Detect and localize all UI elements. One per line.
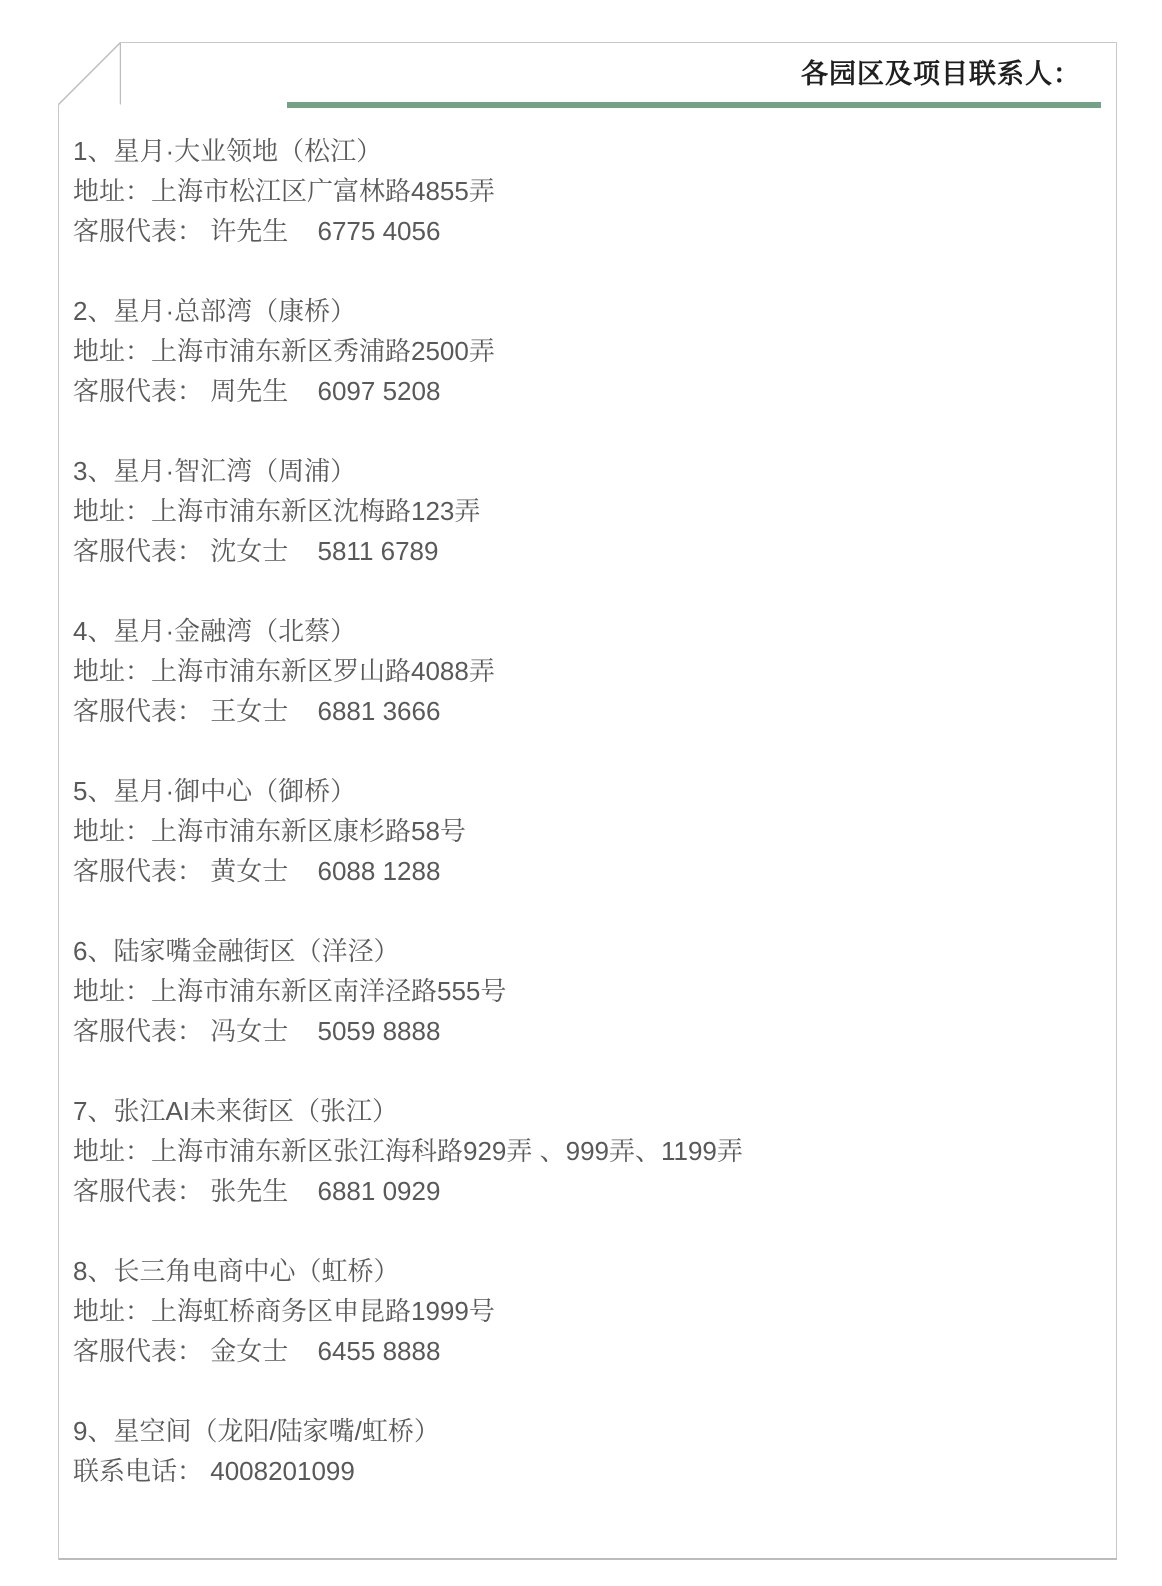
contact-phone: 6881 3666: [318, 696, 441, 726]
page-border-bottom: [58, 1558, 1117, 1560]
page-border-top: [120, 42, 1117, 43]
contact-name: 黄女士: [210, 856, 288, 886]
contact-label: 客服代表：: [73, 1016, 203, 1046]
contact-entry: 1、星月·大业领地（松江） 地址：上海市松江区广富林路4855弄 客服代表： 许…: [73, 131, 1102, 251]
entry-title: 5、星月·御中心（御桥）: [73, 771, 1102, 811]
contact-phone: 5811 6789: [318, 536, 439, 566]
contact-entry: 9、星空间（龙阳/陆家嘴/虹桥） 联系电话： 4008201099: [73, 1411, 1102, 1491]
entry-address: 地址：上海市浦东新区南洋泾路555号: [73, 971, 1102, 1011]
contact-name: 沈女士: [210, 536, 288, 566]
page-border-right: [1116, 42, 1117, 1560]
entry-contact-line: 客服代表： 许先生 6775 4056: [73, 211, 1102, 251]
entry-title: 4、星月·金融湾（北蔡）: [73, 611, 1102, 651]
entry-title: 7、张江AI未来街区（张江）: [73, 1091, 1102, 1131]
entry-contact-line: 客服代表： 张先生 6881 0929: [73, 1171, 1102, 1211]
entry-title: 9、星空间（龙阳/陆家嘴/虹桥）: [73, 1411, 1102, 1451]
contact-label: 客服代表：: [73, 696, 203, 726]
contact-phone: 4008201099: [210, 1456, 355, 1486]
contact-name: 许先生: [210, 216, 288, 246]
contact-name: 张先生: [210, 1176, 288, 1206]
contact-name: 冯女士: [210, 1016, 288, 1046]
contact-entry: 6、陆家嘴金融街区（洋泾） 地址：上海市浦东新区南洋泾路555号 客服代表： 冯…: [73, 931, 1102, 1051]
contact-phone: 6088 1288: [318, 856, 441, 886]
contact-phone: 6097 5208: [318, 376, 441, 406]
entry-address: 地址：上海市松江区广富林路4855弄: [73, 171, 1102, 211]
entry-contact-line: 客服代表： 金女士 6455 8888: [73, 1331, 1102, 1371]
page-fold-corner-icon: [58, 42, 121, 105]
contact-phone: 6775 4056: [318, 216, 441, 246]
entry-address: 地址：上海市浦东新区张江海科路929弄 、999弄、1199弄: [73, 1131, 1102, 1171]
contact-phone: 6455 8888: [318, 1336, 441, 1366]
contact-entry: 7、张江AI未来街区（张江） 地址：上海市浦东新区张江海科路929弄 、999弄…: [73, 1091, 1102, 1211]
contact-label: 客服代表：: [73, 536, 203, 566]
contact-name: 王女士: [210, 696, 288, 726]
header-underline: [287, 102, 1101, 108]
contact-label: 客服代表：: [73, 376, 203, 406]
contact-label: 联系电话：: [73, 1456, 203, 1486]
contact-sheet-page: 各园区及项目联系人： 1、星月·大业领地（松江） 地址：上海市松江区广富林路48…: [58, 42, 1117, 1560]
page-border-left: [58, 104, 59, 1560]
contact-entry: 3、星月·智汇湾（周浦） 地址：上海市浦东新区沈梅路123弄 客服代表： 沈女士…: [73, 451, 1102, 571]
entry-title: 2、星月·总部湾（康桥）: [73, 291, 1102, 331]
entry-contact-line: 客服代表： 沈女士 5811 6789: [73, 531, 1102, 571]
entry-title: 8、长三角电商中心（虹桥）: [73, 1251, 1102, 1291]
contact-entry: 5、星月·御中心（御桥） 地址：上海市浦东新区康杉路58号 客服代表： 黄女士 …: [73, 771, 1102, 891]
entry-title: 3、星月·智汇湾（周浦）: [73, 451, 1102, 491]
entry-contact-line: 客服代表： 黄女士 6088 1288: [73, 851, 1102, 891]
contact-label: 客服代表：: [73, 1176, 203, 1206]
entry-address: 地址：上海市浦东新区康杉路58号: [73, 811, 1102, 851]
contact-phone: 5059 8888: [318, 1016, 441, 1046]
contact-name: 金女士: [210, 1336, 288, 1366]
contact-label: 客服代表：: [73, 856, 203, 886]
contact-phone: 6881 0929: [318, 1176, 441, 1206]
page-title: 各园区及项目联系人：: [801, 58, 1081, 90]
entry-contact-line: 客服代表： 冯女士 5059 8888: [73, 1011, 1102, 1051]
contact-entry: 8、长三角电商中心（虹桥） 地址：上海虹桥商务区申昆路1999号 客服代表： 金…: [73, 1251, 1102, 1371]
contact-entry: 2、星月·总部湾（康桥） 地址：上海市浦东新区秀浦路2500弄 客服代表： 周先…: [73, 291, 1102, 411]
entry-contact-line: 客服代表： 周先生 6097 5208: [73, 371, 1102, 411]
entry-contact-line: 客服代表： 王女士 6881 3666: [73, 691, 1102, 731]
contact-label: 客服代表：: [73, 216, 203, 246]
entry-title: 1、星月·大业领地（松江）: [73, 131, 1102, 171]
contact-name: 周先生: [210, 376, 288, 406]
contact-list: 1、星月·大业领地（松江） 地址：上海市松江区广富林路4855弄 客服代表： 许…: [73, 131, 1102, 1531]
entry-address: 地址：上海虹桥商务区申昆路1999号: [73, 1291, 1102, 1331]
entry-title: 6、陆家嘴金融街区（洋泾）: [73, 931, 1102, 971]
entry-contact-line: 联系电话： 4008201099: [73, 1451, 1102, 1491]
entry-address: 地址：上海市浦东新区秀浦路2500弄: [73, 331, 1102, 371]
entry-address: 地址：上海市浦东新区罗山路4088弄: [73, 651, 1102, 691]
contact-entry: 4、星月·金融湾（北蔡） 地址：上海市浦东新区罗山路4088弄 客服代表： 王女…: [73, 611, 1102, 731]
contact-label: 客服代表：: [73, 1336, 203, 1366]
entry-address: 地址：上海市浦东新区沈梅路123弄: [73, 491, 1102, 531]
